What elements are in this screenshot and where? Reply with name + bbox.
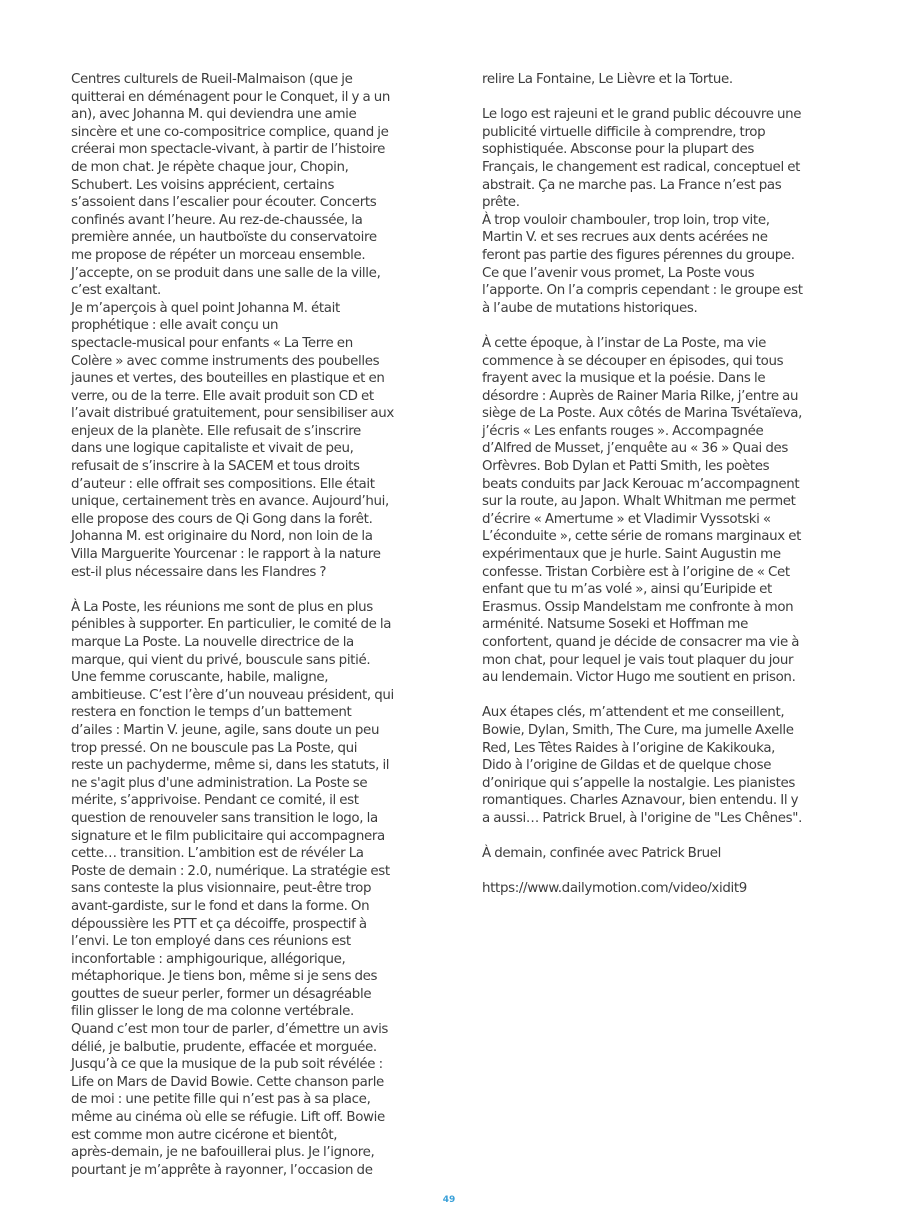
text-line: Quand c’est mon tour de parler, d’émettr… (71, 1021, 423, 1039)
text-line: siège de La Poste. Aux côtés de Marina T… (482, 405, 834, 423)
video-link[interactable]: https://www.dailymotion.com/video/xidit9 (482, 880, 834, 898)
text-line: après-demain, je ne bafouillerai plus. J… (71, 1144, 423, 1162)
text-line: romantiques. Charles Aznavour, bien ente… (482, 792, 834, 810)
text-line: ambitieuse. C’est l’ère d’un nouveau pré… (71, 687, 423, 705)
text-line: filin glisser le long de ma colonne vert… (71, 1003, 423, 1021)
text-line: verre, ou de la terre. Elle avait produi… (71, 388, 423, 406)
text-line: Orfèvres. Bob Dylan et Patti Smith, les … (482, 458, 834, 476)
text-line: prête. (482, 194, 834, 212)
text-line: Colère » avec comme instruments des poub… (71, 353, 423, 371)
text-line: publicité virtuelle difficile à comprend… (482, 124, 834, 142)
text-line: relire La Fontaine, Le Lièvre et la Tort… (482, 71, 834, 89)
text-line: est-il plus nécessaire dans les Flandres… (71, 564, 423, 582)
text-line: spectacle-musical pour enfants « La Terr… (71, 335, 423, 353)
text-line: pourtant je m’apprête à rayonner, l’occa… (71, 1162, 423, 1180)
text-line: d’ailes : Martin V. jeune, agile, sans d… (71, 722, 423, 740)
paragraph: Je m’aperçois à quel point Johanna M. ét… (71, 300, 423, 582)
text-line: Le logo est rajeuni et le grand public d… (482, 106, 834, 124)
text-line: quitterai en déménagent pour le Conquet,… (71, 89, 423, 107)
text-line: cette… transition. L’ambition est de rév… (71, 845, 423, 863)
text-line: s’assoient dans l’escalier pour écouter.… (71, 194, 423, 212)
text-line: l’envi. Le ton employé dans ces réunions… (71, 933, 423, 951)
text-line: Schubert. Les voisins apprécient, certai… (71, 177, 423, 195)
paragraph: Le logo est rajeuni et le grand public d… (482, 106, 834, 317)
text-line: commence à se découper en épisodes, qui … (482, 353, 834, 371)
text-line: question de renouveler sans transition l… (71, 810, 423, 828)
text-line: même au cinéma où elle se réfugie. Lift … (71, 1109, 423, 1127)
text-line: ne s'agit plus d'une administration. La … (71, 775, 423, 793)
text-line: Red, Les Têtes Raides à l’origine de Kak… (482, 740, 834, 758)
text-line: a aussi… Patrick Bruel, à l'origine de "… (482, 810, 834, 828)
text-line: confortent, quand je décide de consacrer… (482, 634, 834, 652)
text-line: an), avec Johanna M. qui deviendra une a… (71, 106, 423, 124)
paragraph: Aux étapes clés, m’attendent et me conse… (482, 704, 834, 827)
text-line: mon chat, pour lequel je vais tout plaqu… (482, 652, 834, 670)
text-line: de mon chat. Je répète chaque jour, Chop… (71, 159, 423, 177)
text-line: à l’aube de mutations historiques. (482, 300, 834, 318)
text-line: Life on Mars de David Bowie. Cette chans… (71, 1074, 423, 1092)
text-line: j’écris « Les enfants rouges ». Accompag… (482, 423, 834, 441)
text-line: J’accepte, on se produit dans une salle … (71, 265, 423, 283)
text-line: créerai mon spectacle-vivant, à partir d… (71, 141, 423, 159)
text-line: dans une logique capitaliste et vivait d… (71, 440, 423, 458)
text-line: elle propose des cours de Qi Gong dans l… (71, 511, 423, 529)
text-line: l’apporte. On l’a compris cependant : le… (482, 282, 834, 300)
text-line: Johanna M. est originaire du Nord, non l… (71, 528, 423, 546)
text-line: sur la route, au Japon. Whalt Whitman me… (482, 493, 834, 511)
text-line: avant-gardiste, sur le fond et dans la f… (71, 898, 423, 916)
text-line: Une femme coruscante, habile, maligne, (71, 669, 423, 687)
right-column: relire La Fontaine, Le Lièvre et la Tort… (482, 71, 834, 898)
text-line: première année, un hautboïste du conserv… (71, 229, 423, 247)
text-line: désordre : Auprès de Rainer Maria Rilke,… (482, 388, 834, 406)
text-line: trop pressé. On ne bouscule pas La Poste… (71, 740, 423, 758)
paragraph: À La Poste, les réunions me sont de plus… (71, 599, 423, 1180)
text-line: expérimentaux que je hurle. Saint August… (482, 546, 834, 564)
text-line: L’éconduite », cette série de romans mar… (482, 528, 834, 546)
text-line: pénibles à supporter. En particulier, le… (71, 616, 423, 634)
paragraph-gap (482, 863, 834, 881)
text-line: d’onirique qui s’appelle la nostalgie. L… (482, 775, 834, 793)
paragraph-gap (482, 89, 834, 107)
text-line: arménité. Natsume Soseki et Hoffman me (482, 616, 834, 634)
paragraph-gap (482, 317, 834, 335)
text-line: c’est exaltant. (71, 282, 423, 300)
text-line: sans conteste la plus visionnaire, peut-… (71, 880, 423, 898)
text-line: Centres culturels de Rueil-Malmaison (qu… (71, 71, 423, 89)
text-line: me propose de répéter un morceau ensembl… (71, 247, 423, 265)
text-line: Français, le changement est radical, con… (482, 159, 834, 177)
text-line: jaunes et vertes, des bouteilles en plas… (71, 370, 423, 388)
paragraph: À demain, confinée avec Patrick Bruel (482, 845, 834, 863)
text-line: À La Poste, les réunions me sont de plus… (71, 599, 423, 617)
text-line: marque La Poste. La nouvelle directrice … (71, 634, 423, 652)
paragraph-gap (482, 828, 834, 846)
text-line: au lendemain. Victor Hugo me soutient en… (482, 669, 834, 687)
text-line: https://www.dailymotion.com/video/xidit9 (482, 880, 834, 898)
text-line: marque, qui vient du privé, bouscule san… (71, 652, 423, 670)
text-line: feront pas partie des figures pérennes d… (482, 247, 834, 265)
text-line: Dido à l’origine de Gildas et de quelque… (482, 757, 834, 775)
paragraph-gap (482, 687, 834, 705)
text-line: enjeux de la planète. Elle refusait de s… (71, 423, 423, 441)
text-line: métaphorique. Je tiens bon, même si je s… (71, 968, 423, 986)
text-line: Poste de demain : 2.0, numérique. La str… (71, 863, 423, 881)
text-line: l’avait distribué gratuitement, pour sen… (71, 405, 423, 423)
text-line: Villa Marguerite Yourcenar : le rapport … (71, 546, 423, 564)
text-line: Aux étapes clés, m’attendent et me conse… (482, 704, 834, 722)
text-line: Bowie, Dylan, Smith, The Cure, ma jumell… (482, 722, 834, 740)
text-line: confesse. Tristan Corbière est à l’origi… (482, 564, 834, 582)
text-line: de moi : une petite fille qui n’est pas … (71, 1091, 423, 1109)
text-line: À cette époque, à l’instar de La Poste, … (482, 335, 834, 353)
left-column: Centres culturels de Rueil-Malmaison (qu… (71, 71, 423, 1179)
text-line: sincère et une co-compositrice complice,… (71, 124, 423, 142)
text-line: Je m’aperçois à quel point Johanna M. ét… (71, 300, 423, 318)
text-line: frayent avec la musique et la poésie. Da… (482, 370, 834, 388)
text-line: beats conduits par Jack Kerouac m’accomp… (482, 476, 834, 494)
text-line: confinés avant l’heure. Au rez-de-chauss… (71, 212, 423, 230)
paragraph: À cette époque, à l’instar de La Poste, … (482, 335, 834, 687)
text-line: signature et le film publicitaire qui ac… (71, 828, 423, 846)
text-line: d’auteur : elle offrait ses compositions… (71, 476, 423, 494)
document-page: Centres culturels de Rueil-Malmaison (qu… (0, 0, 898, 1228)
text-line: À demain, confinée avec Patrick Bruel (482, 845, 834, 863)
paragraph-gap (71, 581, 423, 599)
text-line: refusait de s’inscrire à la SACEM et tou… (71, 458, 423, 476)
text-line: gouttes de sueur perler, former un désag… (71, 986, 423, 1004)
text-line: abstrait. Ça ne marche pas. La France n’… (482, 177, 834, 195)
text-line: Martin V. et ses recrues aux dents acéré… (482, 229, 834, 247)
text-line: mérite, s’apprivoise. Pendant ce comité,… (71, 792, 423, 810)
text-line: Erasmus. Ossip Mandelstam me confronte à… (482, 599, 834, 617)
text-line: Jusqu’à ce que la musique de la pub soit… (71, 1056, 423, 1074)
text-line: restera en fonction le temps d’un battem… (71, 704, 423, 722)
text-line: délié, je balbutie, prudente, effacée et… (71, 1039, 423, 1057)
paragraph: Centres culturels de Rueil-Malmaison (qu… (71, 71, 423, 300)
text-line: sophistiquée. Absconse pour la plupart d… (482, 141, 834, 159)
text-line: est comme mon autre cicérone et bientôt, (71, 1127, 423, 1145)
text-line: reste un pachyderme, même si, dans les s… (71, 757, 423, 775)
page-number: 49 (0, 1195, 898, 1205)
paragraph: relire La Fontaine, Le Lièvre et la Tort… (482, 71, 834, 89)
text-line: d’écrire « Amertume » et Vladimir Vyssot… (482, 511, 834, 529)
text-line: inconfortable : amphigourique, allégoriq… (71, 951, 423, 969)
text-line: enfant que tu m’as volé », ainsi qu’Euri… (482, 581, 834, 599)
text-line: À trop vouloir chambouler, trop loin, tr… (482, 212, 834, 230)
text-line: dépoussière les PTT et ça décoiffe, pros… (71, 916, 423, 934)
text-line: unique, certainement très en avance. Auj… (71, 493, 423, 511)
text-line: prophétique : elle avait conçu un (71, 317, 423, 335)
text-line: d’Alfred de Musset, j’enquête au « 36 » … (482, 440, 834, 458)
text-line: Ce que l’avenir vous promet, La Poste vo… (482, 265, 834, 283)
